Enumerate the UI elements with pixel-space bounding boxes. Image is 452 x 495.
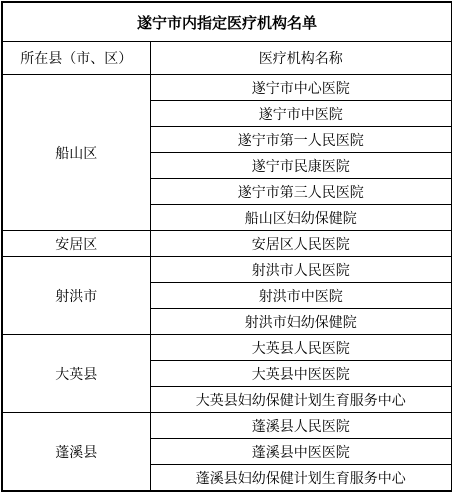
table-row: 射洪市射洪市人民医院 bbox=[2, 257, 452, 283]
institution-cell: 射洪市妇幼保健院 bbox=[150, 309, 452, 335]
institution-cell: 遂宁市第一人民医院 bbox=[150, 127, 452, 153]
institution-cell: 大英县人民医院 bbox=[150, 335, 452, 361]
institution-cell: 遂宁市中医院 bbox=[150, 101, 452, 127]
institution-cell: 蓬溪县人民医院 bbox=[150, 413, 452, 439]
institution-cell: 大英县中医医院 bbox=[150, 361, 452, 387]
table-header-row: 所在县（市、区） 医疗机构名称 bbox=[2, 42, 452, 75]
institution-cell: 安居区人民医院 bbox=[150, 231, 452, 257]
table-row: 船山区遂宁市中心医院 bbox=[2, 75, 452, 101]
designated-medical-institutions-table: 遂宁市内指定医疗机构名单 所在县（市、区） 医疗机构名称 船山区遂宁市中心医院遂… bbox=[1, 1, 452, 492]
institution-cell: 射洪市人民医院 bbox=[150, 257, 452, 283]
table-row: 蓬溪县蓬溪县人民医院 bbox=[2, 413, 452, 439]
institution-cell: 船山区妇幼保健院 bbox=[150, 205, 452, 231]
district-cell: 射洪市 bbox=[2, 257, 150, 335]
institution-cell: 射洪市中医院 bbox=[150, 283, 452, 309]
institution-cell: 遂宁市中心医院 bbox=[150, 75, 452, 101]
table-title: 遂宁市内指定医疗机构名单 bbox=[2, 2, 452, 42]
institution-cell: 遂宁市民康医院 bbox=[150, 153, 452, 179]
table-title-row: 遂宁市内指定医疗机构名单 bbox=[2, 2, 452, 42]
table-body: 船山区遂宁市中心医院遂宁市中医院遂宁市第一人民医院遂宁市民康医院遂宁市第三人民医… bbox=[2, 75, 452, 492]
table-row: 安居区安居区人民医院 bbox=[2, 231, 452, 257]
institution-cell: 遂宁市第三人民医院 bbox=[150, 179, 452, 205]
district-cell: 安居区 bbox=[2, 231, 150, 257]
table-row: 大英县大英县人民医院 bbox=[2, 335, 452, 361]
institution-cell: 蓬溪县中医医院 bbox=[150, 439, 452, 465]
table-head: 遂宁市内指定医疗机构名单 所在县（市、区） 医疗机构名称 bbox=[2, 2, 452, 75]
institution-cell: 蓬溪县妇幼保健计划生育服务中心 bbox=[150, 465, 452, 492]
institution-cell: 大英县妇幼保健计划生育服务中心 bbox=[150, 387, 452, 413]
district-cell: 船山区 bbox=[2, 75, 150, 231]
column-header-district: 所在县（市、区） bbox=[2, 42, 150, 75]
column-header-institution: 医疗机构名称 bbox=[150, 42, 452, 75]
district-cell: 蓬溪县 bbox=[2, 413, 150, 492]
district-cell: 大英县 bbox=[2, 335, 150, 413]
